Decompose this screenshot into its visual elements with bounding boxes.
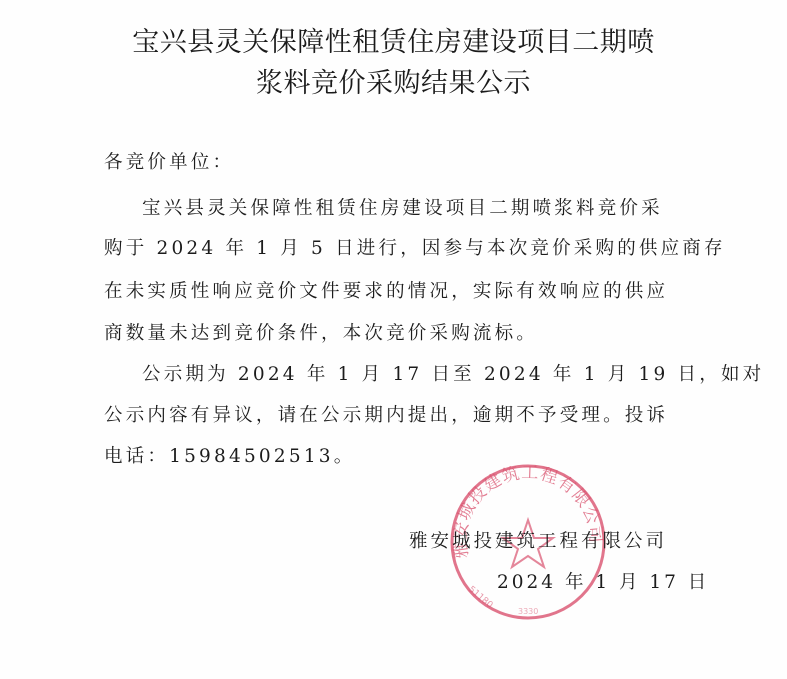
body-line-4: 商数量未达到竞价条件，本次竞价采购流标。: [104, 319, 538, 345]
body-line-1: 宝兴县灵关保障性租赁住房建设项目二期喷浆料竞价采: [142, 194, 663, 220]
body-line-3: 在未实质性响应竞价文件要求的情况，实际有效响应的供应: [104, 277, 668, 303]
body-line-7: 电话：15984502513。: [104, 442, 355, 468]
signature-company: 雅安城投建筑工程有限公司: [409, 527, 667, 553]
salutation: 各竞价单位：: [104, 148, 234, 174]
signature-date: 2024 年 1 月 17 日: [497, 568, 709, 594]
svg-text:3330: 3330: [518, 607, 538, 616]
document-page: 宝兴县灵关保障性租赁住房建设项目二期喷 浆料竞价采购结果公示 各竞价单位： 宝兴…: [0, 0, 787, 679]
body-line-6: 公示内容有异议，请在公示期内提出，逾期不予受理。投诉: [104, 401, 668, 427]
document-title-line1: 宝兴县灵关保障性租赁住房建设项目二期喷: [0, 20, 787, 59]
document-title-line2: 浆料竞价采购结果公示: [0, 61, 787, 100]
body-line-5: 公示期为 2024 年 1 月 17 日至 2024 年 1 月 19 日，如对: [142, 360, 764, 386]
body-line-2: 购于 2024 年 1 月 5 日进行，因参与本次竞价采购的供应商存: [104, 234, 726, 260]
svg-text:51180: 51180: [466, 585, 495, 611]
